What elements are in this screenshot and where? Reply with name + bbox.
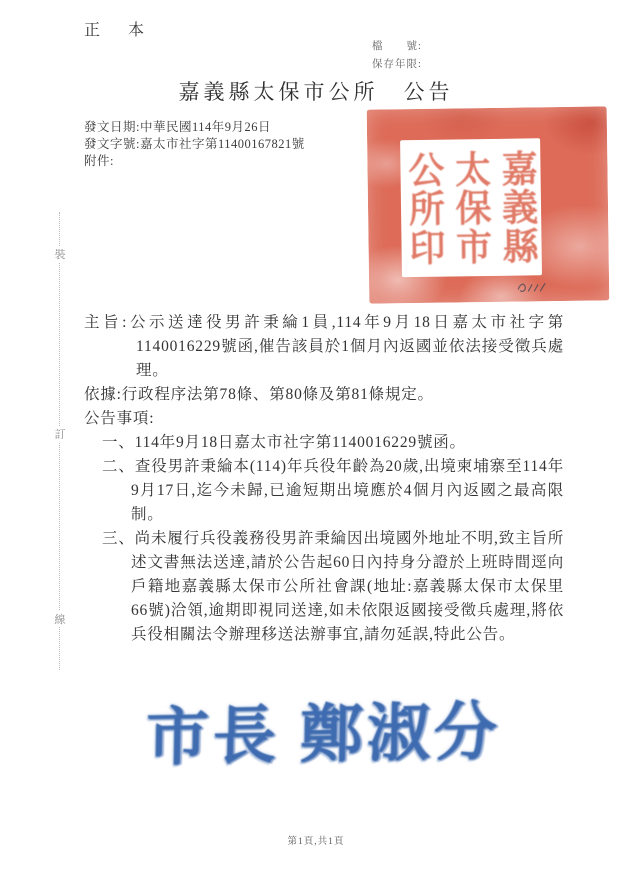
- item-number: 三、: [102, 530, 135, 547]
- seal-script-column-middle: 太保市: [448, 149, 494, 266]
- announcement-item-2: 二、查役男許秉綸本(114)年兵役年齡為20歲,出境柬埔寨至114年9月17日,…: [84, 455, 564, 527]
- legal-basis-paragraph: 依據:行政程序法第78條、第80條及第81條規定。: [84, 383, 564, 407]
- official-red-seal: 嘉義縣 太保市 公所印: [367, 106, 610, 303]
- mayor-name: 鄭淑分: [299, 697, 501, 771]
- copy-type-label: 正 本: [84, 17, 150, 40]
- binding-mark-xian: 線: [52, 611, 68, 627]
- announcement-body: 主旨:公示送達役男許秉綸1員,114年9月18日嘉太市社字第1140016229…: [84, 311, 564, 647]
- item-number: 一、: [102, 434, 135, 451]
- item-number: 二、: [102, 458, 135, 475]
- items-header: 公告事項:: [84, 407, 564, 431]
- subject-paragraph: 主旨:公示送達役男許秉綸1員,114年9月18日嘉太市社字第1140016229…: [84, 311, 564, 383]
- subject-label: 主旨:: [84, 314, 127, 331]
- issue-date-line: 發文日期:中華民國114年9月26日: [84, 119, 305, 136]
- attachment-line: 附件:: [84, 153, 305, 170]
- binding-mark-ding: 訂: [52, 426, 68, 442]
- item-text: 114年9月18日嘉太市社字第1140016229號函。: [135, 434, 466, 451]
- basis-text: 行政程序法第78條、第80條及第81條規定。: [122, 386, 434, 403]
- mayor-signature-stamp: 市長鄭淑分: [145, 681, 502, 778]
- document-meta: 發文日期:中華民國114年9月26日 發文字號:嘉太市社字第1140016782…: [84, 119, 305, 170]
- item-text: 尚未履行兵役義務役男許秉綸因出境國外地址不明,致主旨所述文書無法送達,請於公告起…: [131, 530, 564, 643]
- document-title: 嘉義縣太保市公所 公告: [0, 76, 632, 106]
- official-announcement-document: 正 本 檔 號: 保存年限: 嘉義縣太保市公所 公告 發文日期:中華民國114年…: [0, 0, 632, 896]
- seal-script-column-left: 公所印: [402, 150, 448, 267]
- announcement-item-3: 三、尚未履行兵役義務役男許秉綸因出境國外地址不明,致主旨所述文書無法送達,請於公…: [84, 527, 564, 647]
- retention-period-label: 保存年限:: [372, 56, 422, 74]
- subject-text: 公示送達役男許秉綸1員,114年9月18日嘉太市社字第1140016229號函,…: [127, 314, 564, 379]
- archive-fields: 檔 號: 保存年限:: [372, 38, 422, 74]
- seal-script-column-right: 嘉義縣: [495, 149, 541, 266]
- seal-inner-square: 嘉義縣 太保市 公所印: [400, 138, 542, 277]
- binding-mark-zhuang: 裝: [52, 246, 68, 262]
- item-text: 查役男許秉綸本(114)年兵役年齡為20歲,出境柬埔寨至114年9月17日,迄今…: [131, 458, 564, 523]
- file-number-label: 檔 號:: [372, 38, 422, 56]
- mayor-title: 市長: [145, 701, 280, 773]
- basis-label: 依據:: [84, 386, 122, 403]
- page-number-footer: 第1頁,共1頁: [0, 833, 632, 847]
- handwritten-mark: [515, 279, 549, 295]
- reference-number-line: 發文字號:嘉太市社字第11400167821號: [84, 136, 305, 153]
- announcement-item-1: 一、114年9月18日嘉太市社字第1140016229號函。: [84, 431, 564, 455]
